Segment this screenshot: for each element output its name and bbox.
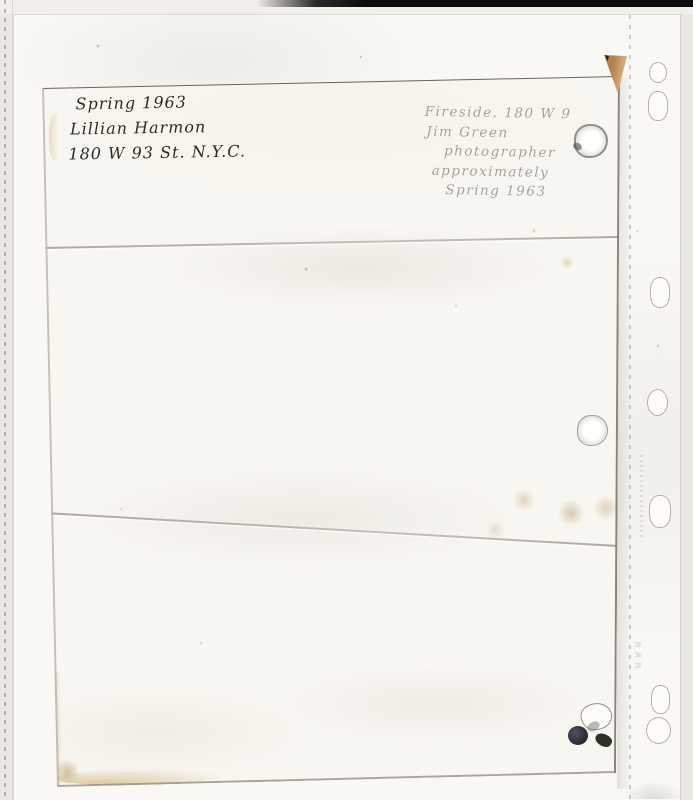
tan-stain bbox=[556, 501, 586, 525]
scan-page: WWW Spring 1963 Lillian Harmon 180 W 93 … bbox=[0, 0, 693, 800]
crease-line bbox=[45, 512, 616, 546]
ink-line-date: Spring 1963 bbox=[75, 88, 245, 116]
binder-hole bbox=[649, 495, 671, 528]
ink-line-name: Lillian Harmon bbox=[70, 113, 246, 141]
hole-ring-mark bbox=[574, 124, 608, 158]
binder-hole bbox=[648, 91, 668, 121]
strip-faint-vertical-text: WWW bbox=[634, 538, 644, 668]
dust-specks bbox=[0, 0, 2, 2]
corner-stain bbox=[49, 114, 62, 160]
tan-stain bbox=[511, 490, 537, 510]
sleeve-right-edge bbox=[680, 15, 681, 800]
scan-edge-smudge bbox=[622, 781, 684, 799]
strip-faint-print bbox=[640, 455, 643, 540]
ink-handwriting: Spring 1963 Lillian Harmon 180 W 93 St. … bbox=[67, 88, 246, 166]
pencil-line-role: photographer bbox=[444, 142, 571, 164]
fastener-dot bbox=[568, 726, 588, 745]
photo-verso-paper: Spring 1963 Lillian Harmon 180 W 93 St. … bbox=[40, 74, 624, 790]
pencil-line-date: Spring 1963 bbox=[445, 181, 570, 203]
pencil-line-approx: approximately bbox=[431, 161, 570, 183]
fastener-dot bbox=[593, 730, 614, 749]
pencil-handwriting: Fireside. 180 W 9 Jim Green photographer… bbox=[423, 103, 572, 203]
scanner-black-bar bbox=[256, 0, 693, 7]
pencil-line-place: Fireside. 180 W 9 bbox=[425, 103, 572, 125]
paper-edge-shadow bbox=[617, 77, 637, 789]
yellow-stain bbox=[560, 256, 574, 269]
hole-ring-mark bbox=[577, 415, 608, 446]
binder-hole bbox=[649, 62, 667, 83]
binder-hole bbox=[651, 685, 670, 714]
pencil-line-name: Jim Green bbox=[426, 122, 571, 144]
ring-smudge bbox=[572, 141, 583, 151]
binder-hole bbox=[646, 717, 671, 744]
tan-stain bbox=[484, 522, 506, 538]
ink-line-address: 180 W 93 St. N.Y.C. bbox=[68, 138, 246, 166]
binder-hole bbox=[650, 277, 670, 308]
binder-hole bbox=[647, 389, 668, 416]
crease-line bbox=[42, 236, 618, 249]
left-perforation-seam bbox=[4, 0, 6, 800]
